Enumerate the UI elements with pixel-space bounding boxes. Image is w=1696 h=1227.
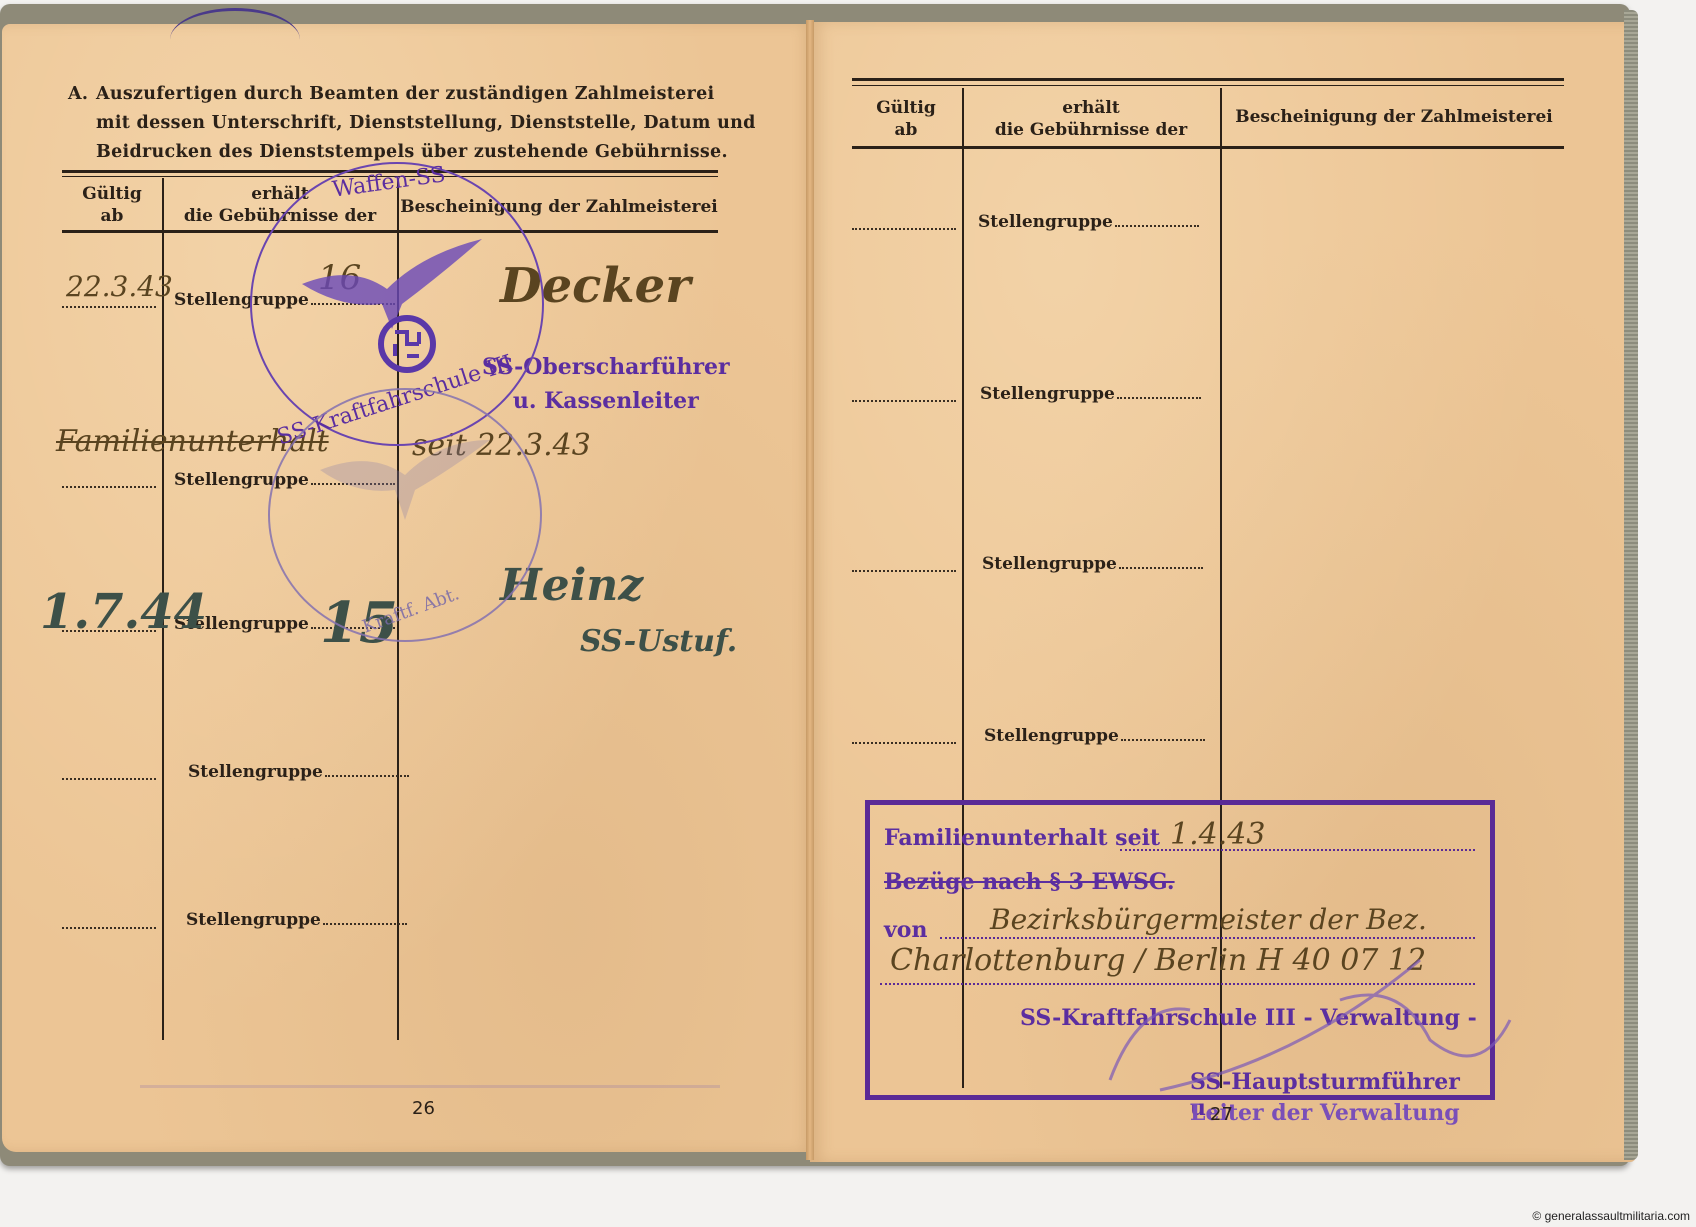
header-valid-from: Gültig ab bbox=[62, 183, 162, 227]
box-line-3-label: von bbox=[884, 917, 927, 943]
row-label: Stellengruppe bbox=[980, 384, 1115, 404]
intro-paragraph: A.Auszufertigen durch Beamten der zustän… bbox=[68, 80, 788, 167]
right-stellengruppe-row-4: Stellengruppe bbox=[984, 726, 1205, 746]
faint-offset-text bbox=[140, 1085, 720, 1088]
right-stellengruppe-row-2: Stellengruppe bbox=[980, 384, 1201, 404]
stellengruppe-row-4: Stellengruppe bbox=[188, 762, 409, 782]
intro-line-3: Beidrucken des Dienststempels über zuste… bbox=[68, 138, 788, 167]
group-field bbox=[1115, 225, 1199, 227]
page-number-left: 26 bbox=[412, 1098, 435, 1119]
intro-line-2: mit dessen Unterschrift, Dienststellung,… bbox=[68, 109, 788, 138]
group-field bbox=[1121, 739, 1205, 741]
right-date-field-row-2 bbox=[852, 400, 956, 402]
right-header-certification-text: Bescheinigung der Zahlmeisterei bbox=[1224, 106, 1564, 128]
right-header-receives: erhält die Gebührnisse der bbox=[964, 97, 1218, 141]
book-gutter bbox=[806, 20, 814, 1160]
box-line-3-dots bbox=[940, 937, 1475, 939]
date-field-row-1 bbox=[62, 306, 156, 308]
group-field bbox=[1117, 397, 1201, 399]
stellengruppe-row-5: Stellengruppe bbox=[186, 910, 407, 930]
right-header-certification: Bescheinigung der Zahlmeisterei bbox=[1224, 106, 1564, 128]
eagle-emblem-icon bbox=[292, 234, 492, 374]
right-stellengruppe-row-1: Stellengruppe bbox=[978, 212, 1199, 232]
group-field bbox=[323, 923, 407, 925]
date-field-row-5 bbox=[62, 927, 156, 929]
stamp-arc-top bbox=[170, 8, 300, 71]
copyright-credit: © generalassaultmilitaria.com bbox=[1532, 1209, 1690, 1223]
cloth-binding-edge bbox=[1624, 10, 1638, 1160]
group-field bbox=[1119, 567, 1203, 569]
right-header-valid-from-line2: ab bbox=[852, 119, 960, 141]
right-table-header-bottom-rule bbox=[852, 146, 1564, 149]
right-stellengruppe-row-3: Stellengruppe bbox=[982, 554, 1203, 574]
right-date-field-row-4 bbox=[852, 742, 956, 744]
box-line-1-label: Familienunterhalt seit bbox=[884, 825, 1160, 851]
right-header-receives-line1: erhält bbox=[964, 97, 1218, 119]
right-header-valid-from: Gültig ab bbox=[852, 97, 960, 141]
handwritten-date-row-1: 22.3.43 bbox=[66, 270, 173, 303]
faded-stamp-text: Kraftf. Abt. bbox=[359, 583, 462, 637]
box-line-3-value: Bezirksbürgermeister der Bez. bbox=[990, 903, 1427, 936]
group-field bbox=[325, 775, 409, 777]
right-date-field-row-1 bbox=[852, 228, 956, 230]
row-label: Stellengruppe bbox=[188, 762, 323, 782]
right-header-valid-from-line1: Gültig bbox=[852, 97, 960, 119]
right-table-top-rule-thin bbox=[852, 85, 1564, 86]
header-valid-from-line2: ab bbox=[62, 205, 162, 227]
intro-line-1: A.Auszufertigen durch Beamten der zustän… bbox=[68, 80, 788, 109]
header-valid-from-line1: Gültig bbox=[62, 183, 162, 205]
intro-text-1: Auszufertigen durch Beamten der zuständi… bbox=[96, 84, 714, 104]
date-field-row-4 bbox=[62, 778, 156, 780]
box-line-2-struck: Bezüge nach § 3 EWSG. bbox=[884, 869, 1175, 895]
box-line-1-value: 1.4.43 bbox=[1170, 817, 1265, 852]
section-label: A. bbox=[68, 80, 96, 109]
faded-circle-stamp: Kraftf. Abt. bbox=[268, 388, 542, 642]
row-label: Stellengruppe bbox=[186, 910, 321, 930]
row-label: Stellengruppe bbox=[978, 212, 1113, 232]
rank-stamp-line-2: u. Kassenleiter bbox=[482, 384, 730, 418]
faded-eagle-emblem-icon bbox=[310, 430, 500, 540]
date-field-row-2 bbox=[62, 486, 156, 488]
row-label: Stellengruppe bbox=[982, 554, 1117, 574]
handwritten-date-row-3: 1.7.44 bbox=[40, 584, 207, 640]
right-header-receives-line2: die Gebührnisse der bbox=[964, 119, 1218, 141]
right-date-field-row-3 bbox=[852, 570, 956, 572]
right-table-top-rule bbox=[852, 78, 1564, 81]
row-label: Stellengruppe bbox=[984, 726, 1119, 746]
box-line-1-dots bbox=[1120, 849, 1475, 851]
violet-signature-scrawl bbox=[1100, 940, 1520, 1100]
page-number-right: 27 bbox=[1210, 1104, 1233, 1125]
signature-rank-row-3: SS-Ustuf. bbox=[580, 624, 737, 659]
